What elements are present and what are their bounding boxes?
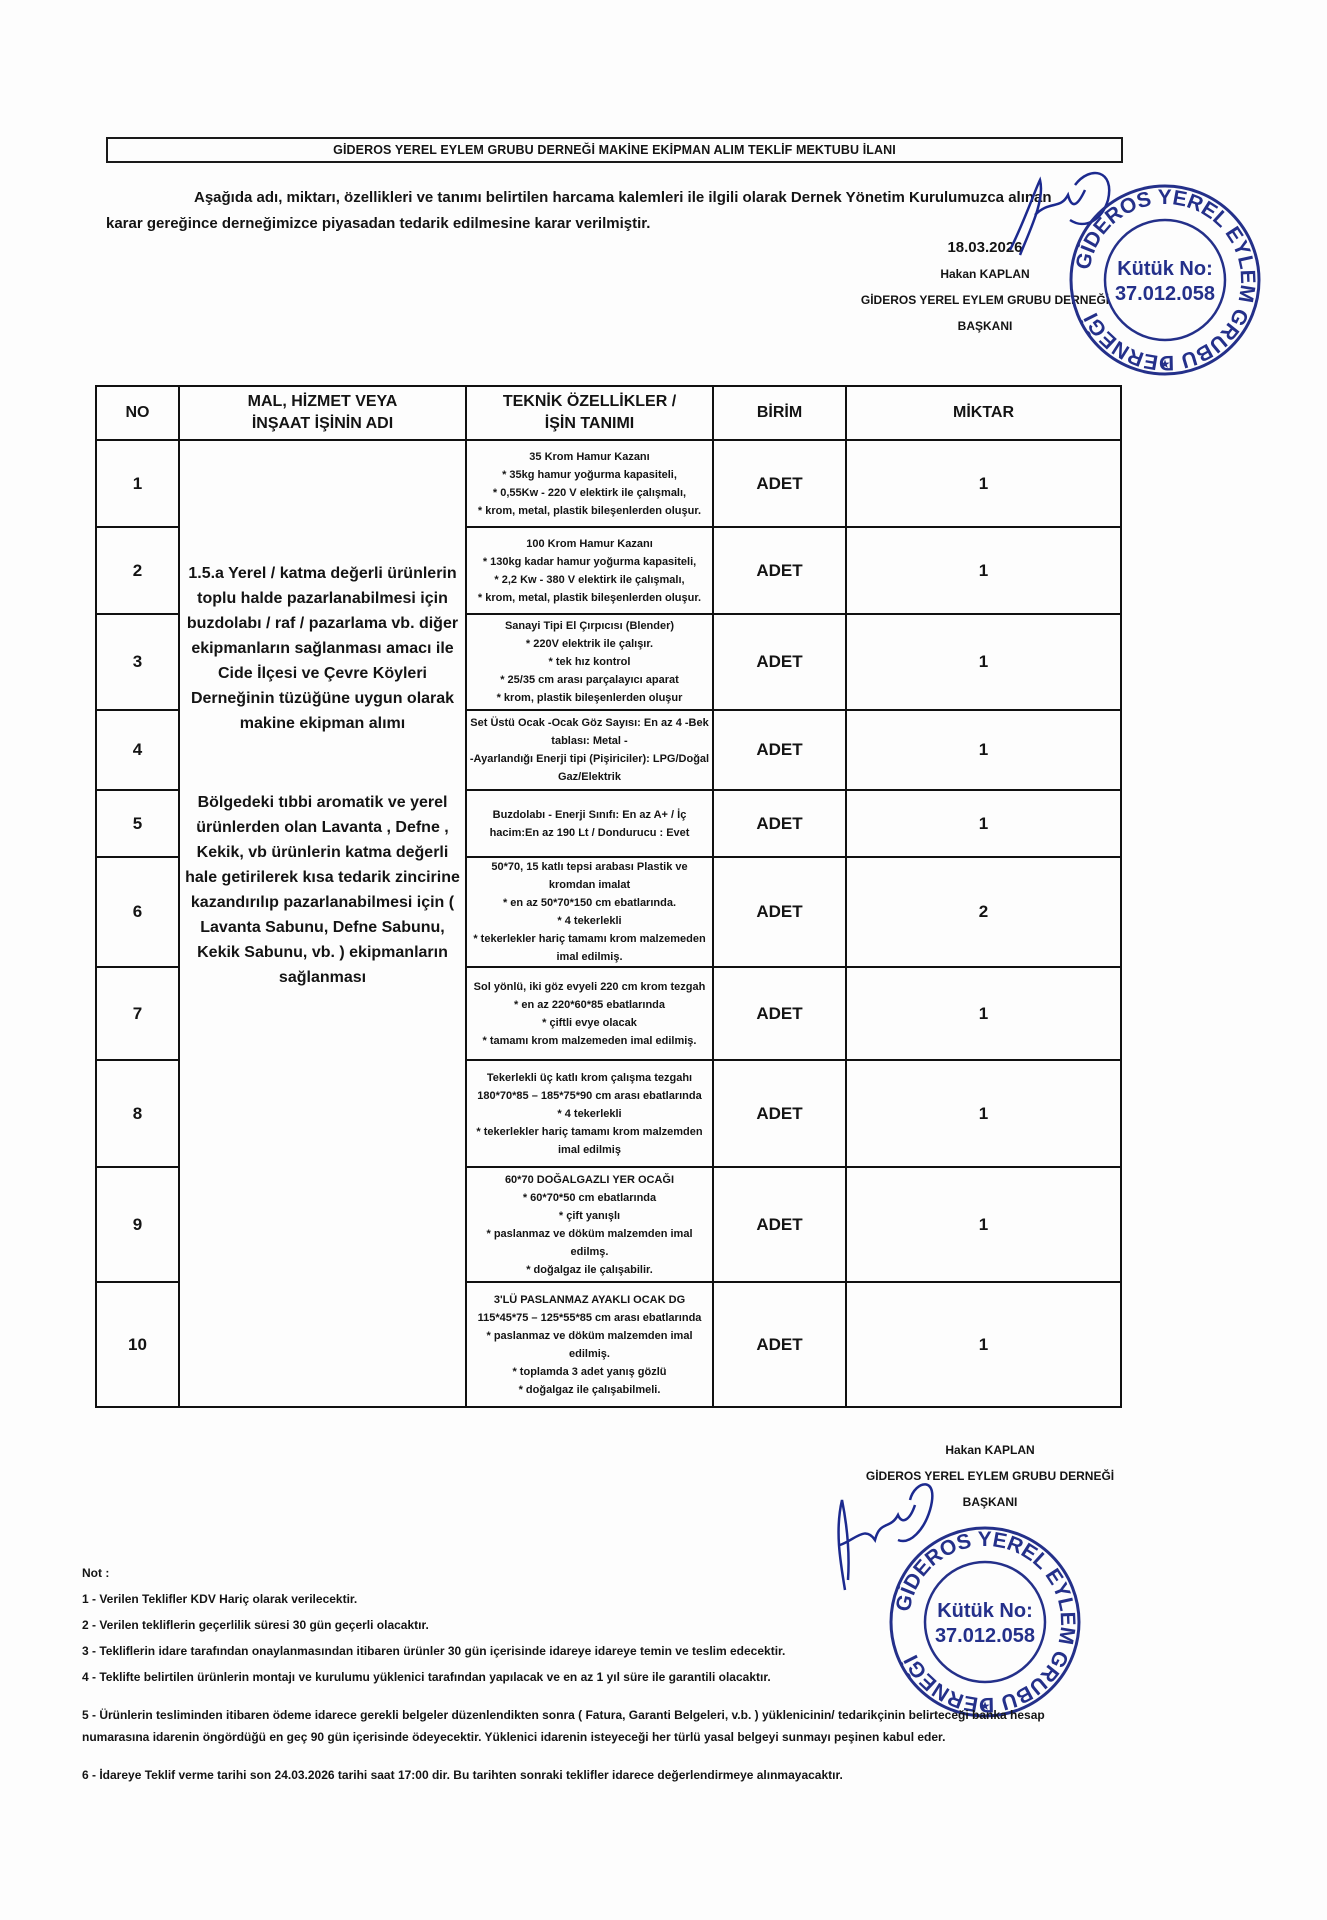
spec-line: * çift yanışlı — [469, 1207, 710, 1225]
signer-name: Hakan KAPLAN — [850, 1437, 1130, 1463]
association-stamp-icon: GİDEROS YEREL EYLEM GRUBU DERNEĞİ Kütük … — [1065, 180, 1265, 380]
spec-line: * en az 220*60*85 ebatlarında — [469, 996, 710, 1014]
technical-spec: 60*70 DOĞALGAZLI YER OCAĞI* 60*70*50 cm … — [466, 1167, 713, 1282]
intro-paragraph: Aşağıda adı, miktarı, özellikleri ve tan… — [106, 185, 1066, 237]
row-number: 5 — [96, 790, 179, 857]
technical-spec: Sanayi Tipi El Çırpıcısı (Blender)* 220V… — [466, 614, 713, 710]
spec-line: * 220V elektrik ile çalışır. — [469, 635, 710, 653]
document-title: GİDEROS YEREL EYLEM GRUBU DERNEĞİ MAKİNE… — [106, 137, 1123, 163]
items-table: NO MAL, HİZMET VEYAİNŞAAT İŞİNİN ADI TEK… — [95, 385, 1122, 1408]
spec-line: * doğalgaz ile çalışabilmeli. — [469, 1381, 710, 1399]
quantity: 1 — [846, 790, 1121, 857]
spec-line: * 130kg kadar hamur yoğurma kapasiteli, — [469, 553, 710, 571]
unit: ADET — [713, 967, 846, 1060]
quantity: 1 — [846, 440, 1121, 527]
description-paragraph: Bölgedeki tıbbi aromatik ve yerel ürünle… — [182, 790, 463, 990]
row-number: 4 — [96, 710, 179, 790]
spec-line: * toplamda 3 adet yanış gözlü — [469, 1363, 710, 1381]
spec-line: * 4 tekerlekli — [469, 1105, 710, 1123]
quantity: 1 — [846, 1060, 1121, 1167]
quantity: 1 — [846, 1282, 1121, 1407]
unit: ADET — [713, 440, 846, 527]
spec-line: * 4 tekerlekli — [469, 912, 710, 930]
note-item: 3 - Tekliflerin idare tarafından onaylan… — [82, 1638, 1122, 1664]
note-item: 1 - Verilen Teklifler KDV Hariç olarak v… — [82, 1586, 1122, 1612]
quantity: 1 — [846, 1167, 1121, 1282]
quantity: 1 — [846, 614, 1121, 710]
unit: ADET — [713, 527, 846, 614]
spec-line: * en az 50*70*150 cm ebatlarında. — [469, 894, 710, 912]
technical-spec: 35 Krom Hamur Kazanı* 35kg hamur yoğurma… — [466, 440, 713, 527]
spec-line: -Ayarlandığı Enerji tipi (Pişiriciler): … — [469, 750, 710, 786]
spec-line: Tekerlekli üç katlı krom çalışma tezgahı — [469, 1069, 710, 1087]
row-number: 7 — [96, 967, 179, 1060]
spec-line: * paslanmaz ve döküm malzemden imal edil… — [469, 1225, 710, 1261]
note-item: 4 - Teklifte belirtilen ürünlerin montaj… — [82, 1664, 1122, 1690]
item-description: 1.5.a Yerel / katma değerli ürünlerin to… — [179, 440, 466, 1407]
spec-line: Set Üstü Ocak -Ocak Göz Sayısı: En az 4 … — [469, 714, 710, 750]
note-item: 6 - İdareye Teklif verme tarihi son 24.0… — [82, 1762, 1122, 1788]
technical-spec: 3'LÜ PASLANMAZ AYAKLI OCAK DG115*45*75 –… — [466, 1282, 713, 1407]
technical-spec: Tekerlekli üç katlı krom çalışma tezgahı… — [466, 1060, 713, 1167]
spec-line: * 25/35 cm arası parçalayıcı aparat — [469, 671, 710, 689]
quantity: 1 — [846, 527, 1121, 614]
description-paragraph: 1.5.a Yerel / katma değerli ürünlerin to… — [182, 561, 463, 736]
header-no: NO — [96, 386, 179, 440]
row-number: 8 — [96, 1060, 179, 1167]
spec-line: * 2,2 Kw - 380 V elektirk ile çalışmalı, — [469, 571, 710, 589]
unit: ADET — [713, 1282, 846, 1407]
technical-spec: Sol yönlü, iki göz evyeli 220 cm krom te… — [466, 967, 713, 1060]
table-row: 11.5.a Yerel / katma değerli ürünlerin t… — [96, 440, 1121, 527]
spec-line: * paslanmaz ve döküm malzemden imal edil… — [469, 1327, 710, 1363]
spec-line: 115*45*75 – 125*55*85 cm arası ebatların… — [469, 1309, 710, 1327]
note-item: 2 - Verilen tekliflerin geçerlilik süres… — [82, 1612, 1122, 1638]
row-number: 6 — [96, 857, 179, 967]
notes-heading: Not : — [82, 1560, 1122, 1586]
spec-line: Sanayi Tipi El Çırpıcısı (Blender) — [469, 617, 710, 635]
table-header-row: NO MAL, HİZMET VEYAİNŞAAT İŞİNİN ADI TEK… — [96, 386, 1121, 440]
stamp-number: 37.012.058 — [1115, 283, 1215, 305]
spec-line: * tamamı krom malzemeden imal edilmiş. — [469, 1032, 710, 1050]
row-number: 1 — [96, 440, 179, 527]
spec-line: 50*70, 15 katlı tepsi arabası Plastik ve… — [469, 858, 710, 894]
unit: ADET — [713, 614, 846, 710]
header-unit: BİRİM — [713, 386, 846, 440]
header-item-name: MAL, HİZMET VEYAİNŞAAT İŞİNİN ADI — [179, 386, 466, 440]
table-body: 11.5.a Yerel / katma değerli ürünlerin t… — [96, 440, 1121, 1407]
spec-line: * 0,55Kw - 220 V elektirk ile çalışmalı, — [469, 484, 710, 502]
stamp-star-icon: ★ — [1160, 357, 1171, 371]
spec-line: * 35kg hamur yoğurma kapasiteli, — [469, 466, 710, 484]
intro-text: Aşağıda adı, miktarı, özellikleri ve tan… — [106, 189, 1052, 232]
header-spec: TEKNİK ÖZELLİKLER /İŞİN TANIMI — [466, 386, 713, 440]
spec-line: 180*70*85 – 185*75*90 cm arası ebatların… — [469, 1087, 710, 1105]
spec-line: * doğalgaz ile çalışabilir. — [469, 1261, 710, 1279]
unit: ADET — [713, 857, 846, 967]
spec-line: 60*70 DOĞALGAZLI YER OCAĞI — [469, 1171, 710, 1189]
spec-line: Buzdolabı - Enerji Sınıfı: En az A+ / İç… — [469, 806, 710, 842]
technical-spec: 100 Krom Hamur Kazanı* 130kg kadar hamur… — [466, 527, 713, 614]
header-qty: MİKTAR — [846, 386, 1121, 440]
row-number: 9 — [96, 1167, 179, 1282]
spec-line: * çiftli evye olacak — [469, 1014, 710, 1032]
technical-spec: Buzdolabı - Enerji Sınıfı: En az A+ / İç… — [466, 790, 713, 857]
note-item: 5 - Ürünlerin tesliminden itibaren ödeme… — [82, 1704, 1082, 1748]
stamp-label: Kütük No: — [1117, 258, 1213, 280]
spec-line: * 60*70*50 cm ebatlarında — [469, 1189, 710, 1207]
spec-line: * krom, plastik bileşenlerden oluşur — [469, 689, 710, 707]
technical-spec: Set Üstü Ocak -Ocak Göz Sayısı: En az 4 … — [466, 710, 713, 790]
spec-line: * krom, metal, plastik bileşenlerden olu… — [469, 589, 710, 607]
row-number: 10 — [96, 1282, 179, 1407]
spec-line: 100 Krom Hamur Kazanı — [469, 535, 710, 553]
row-number: 2 — [96, 527, 179, 614]
spec-line: * krom, metal, plastik bileşenlerden olu… — [469, 502, 710, 520]
quantity: 1 — [846, 967, 1121, 1060]
spec-line: Sol yönlü, iki göz evyeli 220 cm krom te… — [469, 978, 710, 996]
unit: ADET — [713, 1167, 846, 1282]
unit: ADET — [713, 1060, 846, 1167]
notes-section: Not : 1 - Verilen Teklifler KDV Hariç ol… — [82, 1560, 1122, 1788]
spec-line: 35 Krom Hamur Kazanı — [469, 448, 710, 466]
unit: ADET — [713, 710, 846, 790]
spec-line: * tek hız kontrol — [469, 653, 710, 671]
spec-line: * tekerlekler hariç tamamı krom malzemed… — [469, 930, 710, 966]
unit: ADET — [713, 790, 846, 857]
technical-spec: 50*70, 15 katlı tepsi arabası Plastik ve… — [466, 857, 713, 967]
spec-line: * tekerlekler hariç tamamı krom malzemde… — [469, 1123, 710, 1159]
row-number: 3 — [96, 614, 179, 710]
quantity: 1 — [846, 710, 1121, 790]
quantity: 2 — [846, 857, 1121, 967]
spec-line: 3'LÜ PASLANMAZ AYAKLI OCAK DG — [469, 1291, 710, 1309]
